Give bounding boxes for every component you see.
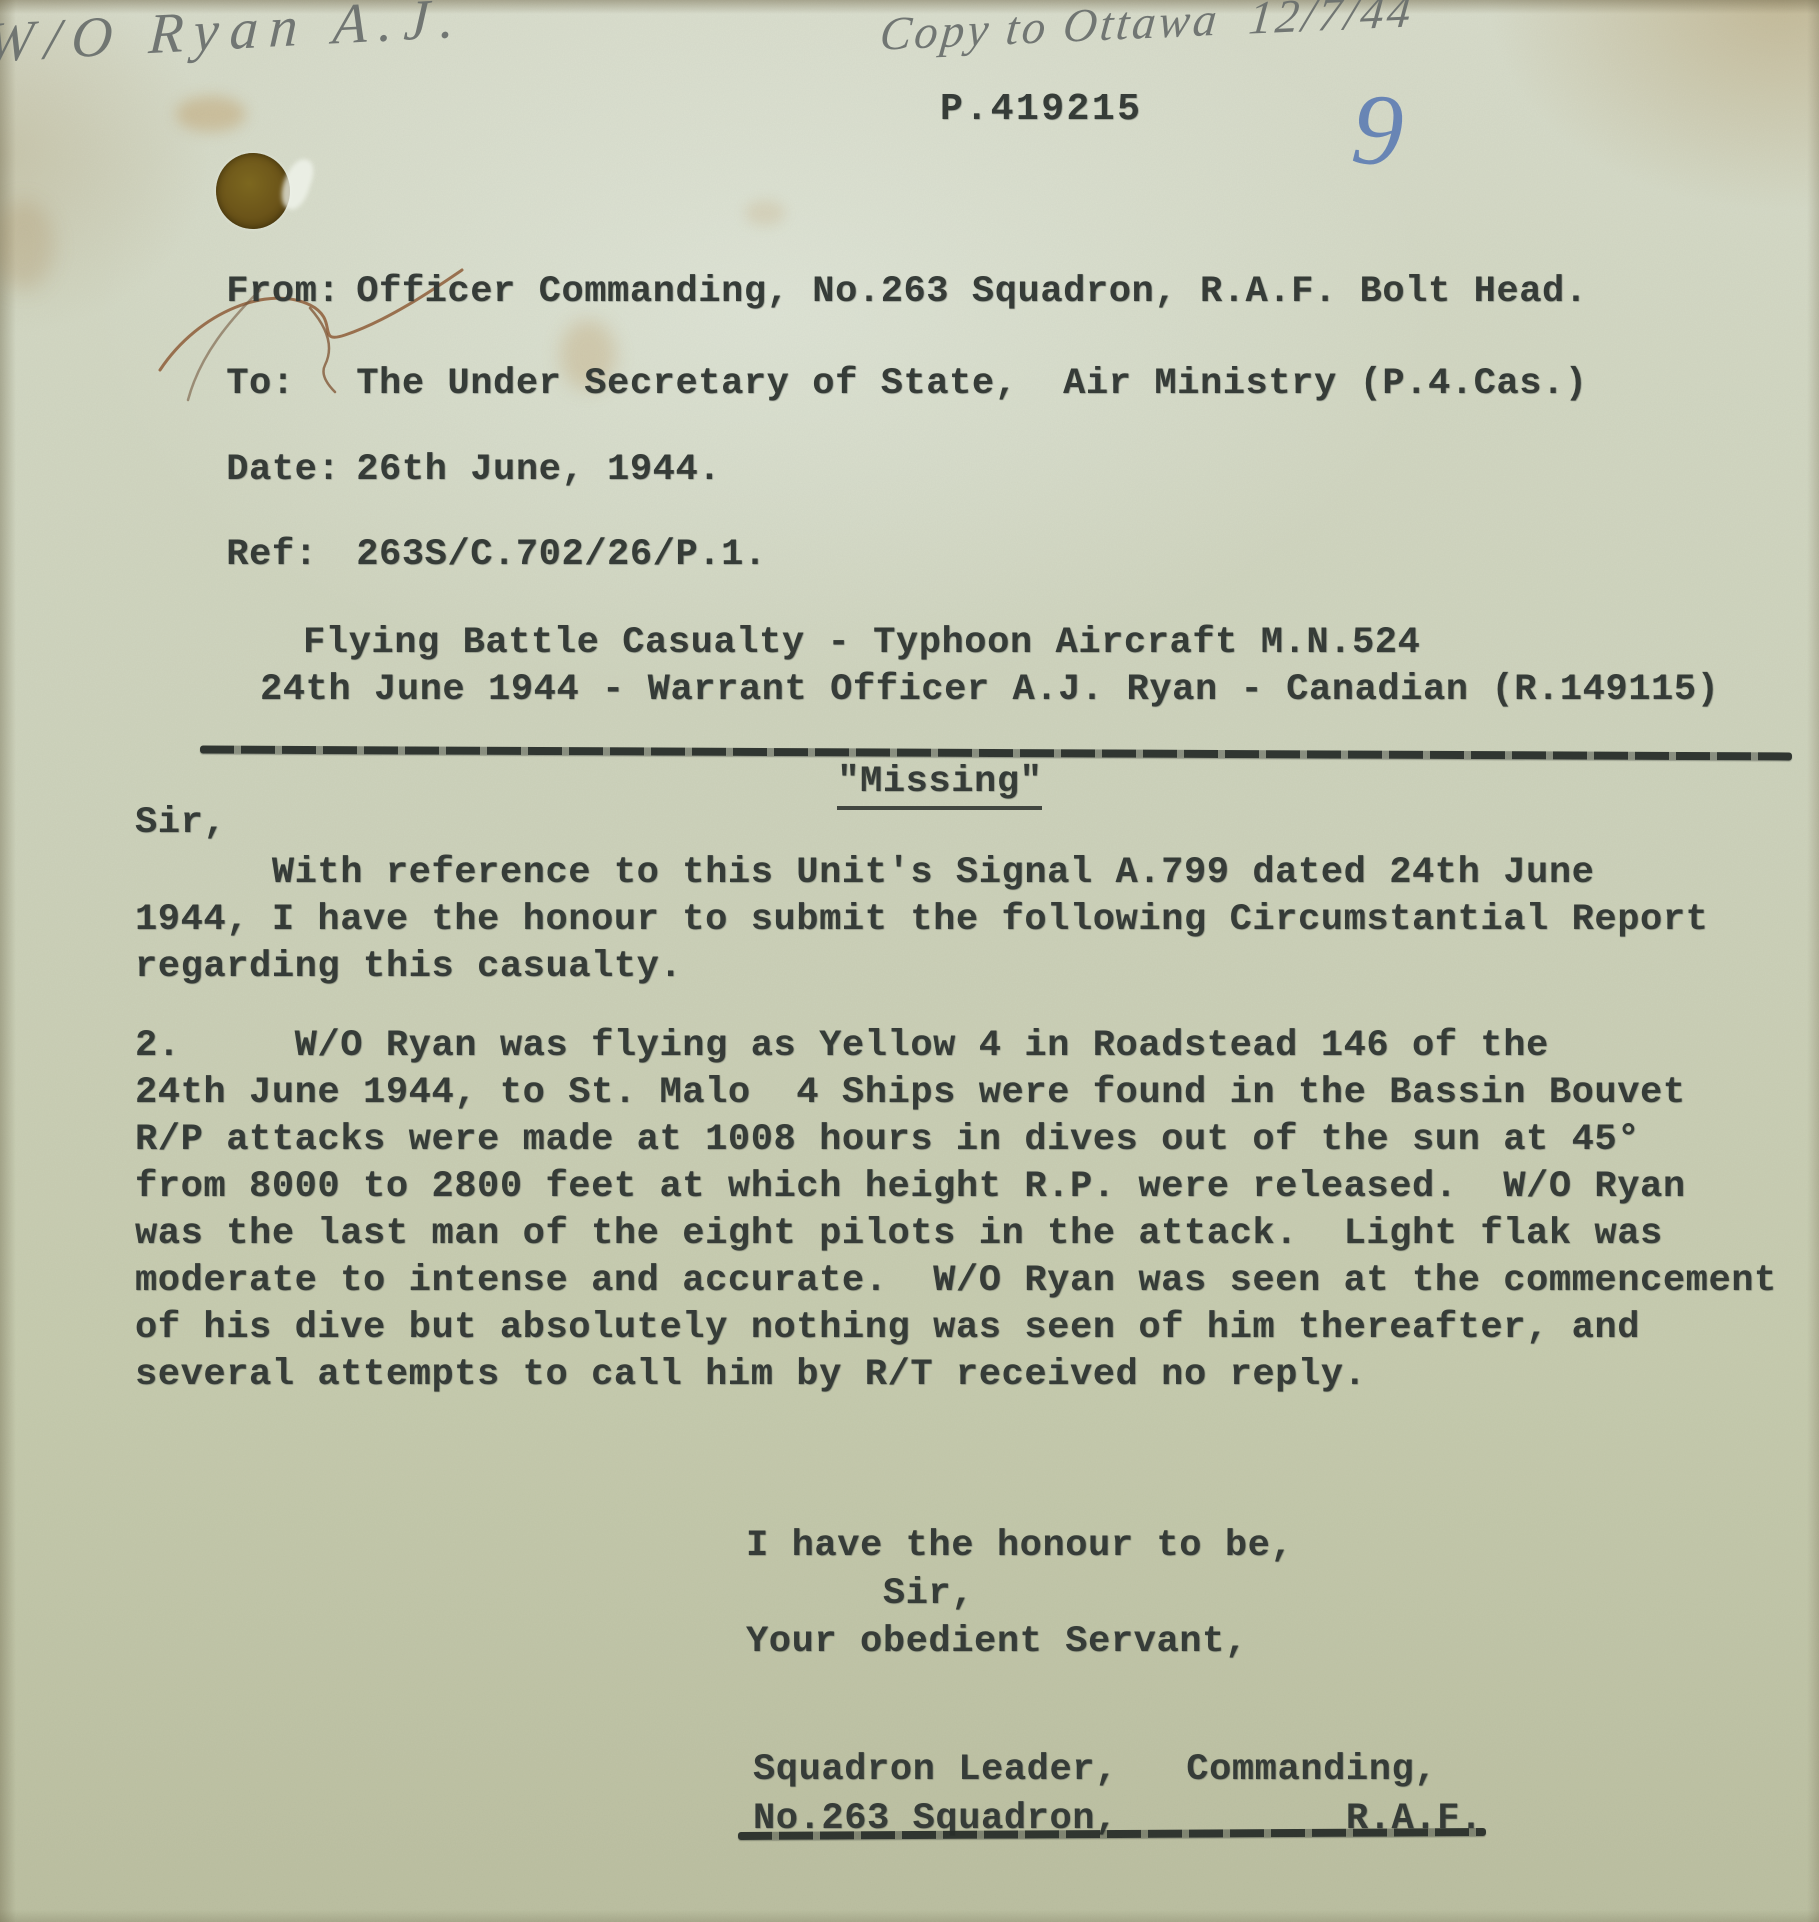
punch-hole [216,153,290,229]
address-label: Ref: [226,532,356,579]
file-number: P.419215 [940,86,1142,133]
paragraph-1: With reference to this Unit's Signal A.7… [135,850,1708,991]
subject-line-2: 24th June 1944 - Warrant Officer A.J. Ry… [260,667,1719,714]
address-value: 263S/C.702/26/P.1. [356,534,766,576]
closing-block: I have the honour to be, Sir, Your obedi… [746,1522,1293,1666]
subject-line-missing: "Missing" [746,712,1042,853]
address-value: The Under Secretary of State, Air Minist… [356,363,1587,405]
pencil-page-number: 9 [1348,70,1407,190]
rust-stain [176,96,246,132]
address-value: Officer Commanding, No.263 Squadron, R.A… [356,271,1587,313]
address-row-ref: Ref:263S/C.702/26/P.1. [135,485,767,626]
salutation: Sir, [135,800,226,847]
paragraph-2: 2. W/O Ryan was flying as Yellow 4 in Ro… [135,1023,1777,1399]
subject-line-1: Flying Battle Casualty - Typhoon Aircraf… [303,620,1420,667]
address-label: From: [226,269,356,316]
missing-status-text: "Missing" [837,761,1042,810]
scanned-document-page: W/O Ryan A.J. Copy to Ottawa 12/7/44 9 P… [0,0,1819,1922]
